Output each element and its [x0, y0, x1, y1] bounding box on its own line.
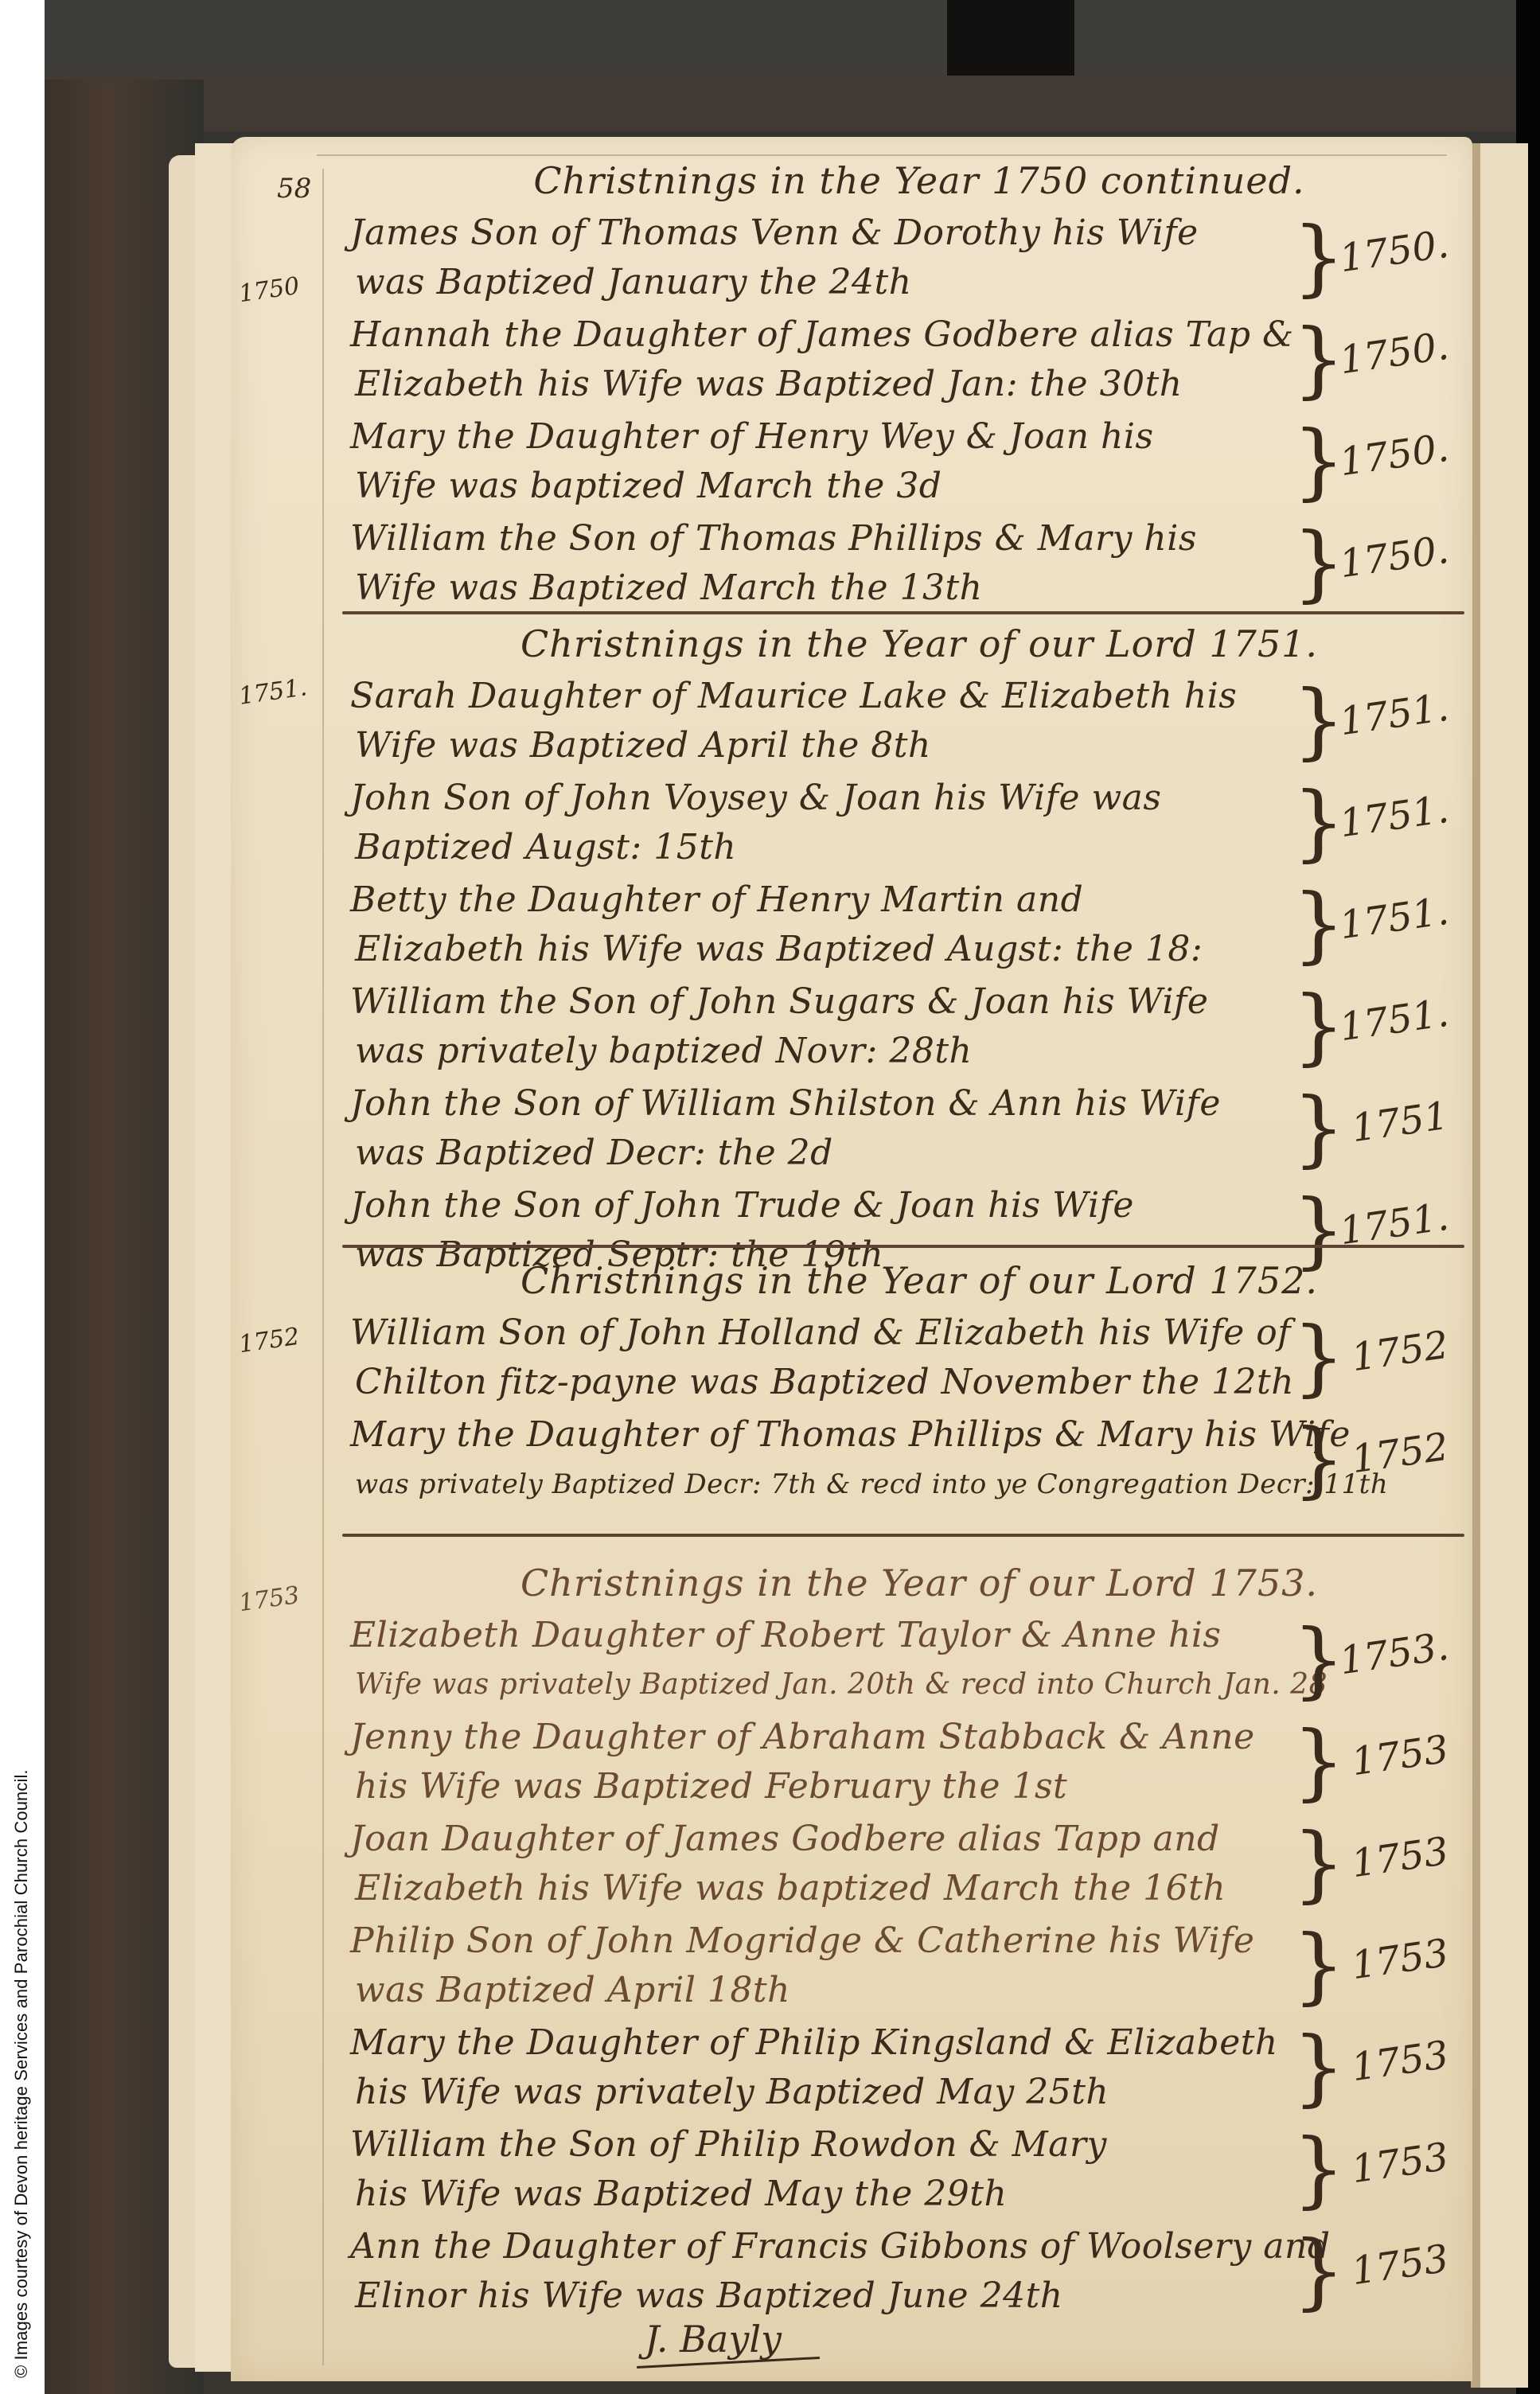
section-divider: [342, 1245, 1464, 1248]
brace-icon: }: [1292, 982, 1345, 1070]
brace-icon: }: [1292, 1921, 1345, 2009]
register-entry: William the Son of Thomas Phillips & Mar…: [350, 514, 1456, 616]
brace-icon: }: [1292, 1415, 1345, 1503]
brace-icon: }: [1292, 2125, 1345, 2213]
section-divider: [342, 1534, 1464, 1537]
entry-line-2: Elinor his Wife was Baptized June 24th: [350, 2271, 1456, 2321]
entry-line-1: Mary the Daughter of Thomas Phillips & M…: [350, 1410, 1456, 1460]
brace-icon: }: [1292, 417, 1345, 505]
entry-line-1: Jenny the Daughter of Abraham Stabback &…: [350, 1713, 1456, 1762]
section-divider: [342, 611, 1464, 614]
section-1752: Christnings in the Year of our Lord 1752…: [350, 1259, 1456, 1512]
entry-line-1: Hannah the Daughter of James Godbere ali…: [350, 310, 1456, 360]
register-entry: William the Son of Philip Rowdon & Mary …: [350, 2120, 1456, 2222]
margin-year: 1753: [237, 1581, 301, 1617]
register-page: 58 1750 1751. 1752 1753 Christnings in t…: [231, 137, 1472, 2381]
entry-line-2: Elizabeth his Wife was baptized March th…: [350, 1864, 1456, 1913]
entry-line-1: John the Son of William Shilston & Ann h…: [350, 1079, 1456, 1129]
entry-line-2: was Baptized April 18th: [350, 1966, 1456, 2015]
entry-line-1: William the Son of John Sugars & Joan hi…: [350, 977, 1456, 1027]
brace-icon: }: [1292, 2227, 1345, 2314]
register-entry: James Son of Thomas Venn & Dorothy his W…: [350, 209, 1456, 310]
entry-line-1: William the Son of Philip Rowdon & Mary: [350, 2120, 1456, 2170]
register-entry: Mary the Daughter of Thomas Phillips & M…: [350, 1410, 1456, 1512]
entry-line-1: Ann the Daughter of Francis Gibbons of W…: [350, 2222, 1456, 2271]
entry-line-2: was Baptized Decr: the 2d: [350, 1129, 1456, 1178]
register-entry: Mary the Daughter of Philip Kingsland & …: [350, 2018, 1456, 2120]
entry-line-2: his Wife was Baptized May the 29th: [350, 2170, 1456, 2219]
brace-icon: }: [1292, 1819, 1345, 1907]
entry-line-1: Elizabeth Daughter of Robert Taylor & An…: [350, 1611, 1456, 1660]
brace-icon: }: [1292, 2023, 1345, 2111]
entry-line-2: Wife was Baptized April the 8th: [350, 721, 1456, 770]
entry-line-2: Baptized Augst: 15th: [350, 823, 1456, 872]
entry-line-2: his Wife was Baptized February the 1st: [350, 1762, 1456, 1811]
entry-line-1: William the Son of Thomas Phillips & Mar…: [350, 514, 1456, 563]
margin-line: [322, 169, 324, 2365]
entry-line-1: Joan Daughter of James Godbere alias Tap…: [350, 1815, 1456, 1864]
cover-shadow-slot: [947, 0, 1074, 76]
entry-line-2: Elizabeth his Wife was Baptized Jan: the…: [350, 360, 1456, 409]
entry-line-2: Wife was Baptized March the 13th: [350, 563, 1456, 613]
entry-line-2: was privately Baptized Decr: 7th & recd …: [350, 1460, 1456, 1509]
brace-icon: }: [1292, 676, 1345, 764]
entry-line-1: Sarah Daughter of Maurice Lake & Elizabe…: [350, 672, 1456, 721]
section-heading: Christnings in the Year of our Lord 1752…: [350, 1259, 1456, 1302]
entry-line-1: John the Son of John Trude & Joan his Wi…: [350, 1181, 1456, 1230]
copyright-strip: © Images courtesy of Devon heritage Serv…: [0, 0, 45, 2394]
cover-leather-band: [45, 76, 1516, 131]
brace-icon: }: [1292, 213, 1345, 301]
facing-page-edge: [1471, 143, 1528, 2388]
entry-line-1: Mary the Daughter of Henry Wey & Joan hi…: [350, 412, 1456, 462]
section-heading: Christnings in the Year of our Lord 1751…: [350, 622, 1456, 665]
register-entry: Jenny the Daughter of Abraham Stabback &…: [350, 1713, 1456, 1815]
margin-year: 1751.: [237, 673, 309, 711]
section-heading: Christnings in the Year 1750 continued.: [350, 159, 1456, 202]
register-entry: Betty the Daughter of Henry Martin and E…: [350, 875, 1456, 977]
entry-line-1: Mary the Daughter of Philip Kingsland & …: [350, 2018, 1456, 2068]
signature: J. Bayly: [645, 2318, 782, 2361]
entry-line-2: Elizabeth his Wife was Baptized Augst: t…: [350, 925, 1456, 974]
register-entry: William the Son of John Sugars & Joan hi…: [350, 977, 1456, 1079]
entry-line-1: Betty the Daughter of Henry Martin and: [350, 875, 1456, 925]
section-heading: Christnings in the Year of our Lord 1753…: [350, 1562, 1456, 1604]
margin-year: 1750: [237, 272, 301, 308]
register-entry: Hannah the Daughter of James Godbere ali…: [350, 310, 1456, 412]
page-number: 58: [277, 173, 311, 205]
entry-line-2: Chilton fitz-payne was Baptized November…: [350, 1358, 1456, 1407]
register-entry: John the Son of William Shilston & Ann h…: [350, 1079, 1456, 1181]
brace-icon: }: [1292, 1313, 1345, 1401]
entry-line-2: Wife was baptized March the 3d: [350, 462, 1456, 511]
entry-line-1: William Son of John Holland & Elizabeth …: [350, 1308, 1456, 1358]
entry-line-1: Philip Son of John Mogridge & Catherine …: [350, 1916, 1456, 1966]
section-1750: Christnings in the Year 1750 continued. …: [350, 159, 1456, 616]
brace-icon: }: [1292, 778, 1345, 866]
register-entry: Ann the Daughter of Francis Gibbons of W…: [350, 2222, 1456, 2324]
entry-line-2: his Wife was privately Baptized May 25th: [350, 2068, 1456, 2117]
section-1751: Christnings in the Year of our Lord 1751…: [350, 622, 1456, 1283]
entry-line-1: John Son of John Voysey & Joan his Wife …: [350, 774, 1456, 823]
entry-line-2: was Baptized January the 24th: [350, 258, 1456, 307]
brace-icon: }: [1292, 1718, 1345, 1805]
entry-line-2: Wife was privately Baptized Jan. 20th & …: [350, 1660, 1456, 1710]
register-entry: William Son of John Holland & Elizabeth …: [350, 1308, 1456, 1410]
register-entry: Philip Son of John Mogridge & Catherine …: [350, 1916, 1456, 2018]
brace-icon: }: [1292, 315, 1345, 403]
register-entry: John Son of John Voysey & Joan his Wife …: [350, 774, 1456, 875]
brace-icon: }: [1292, 880, 1345, 968]
brace-icon: }: [1292, 519, 1345, 606]
top-ruling: [317, 154, 1447, 156]
brace-icon: }: [1292, 1084, 1345, 1172]
section-1753: Christnings in the Year of our Lord 1753…: [350, 1562, 1456, 2324]
register-entry: Sarah Daughter of Maurice Lake & Elizabe…: [350, 672, 1456, 774]
margin-year: 1752: [237, 1323, 301, 1359]
entry-line-1: James Son of Thomas Venn & Dorothy his W…: [350, 209, 1456, 258]
brace-icon: }: [1292, 1616, 1345, 1703]
register-entry: Elizabeth Daughter of Robert Taylor & An…: [350, 1611, 1456, 1713]
copyright-notice: © Images courtesy of Devon heritage Serv…: [11, 1769, 32, 2378]
register-entry: Joan Daughter of James Godbere alias Tap…: [350, 1815, 1456, 1916]
entry-line-2: was privately baptized Novr: 28th: [350, 1027, 1456, 1076]
register-entry: Mary the Daughter of Henry Wey & Joan hi…: [350, 412, 1456, 514]
